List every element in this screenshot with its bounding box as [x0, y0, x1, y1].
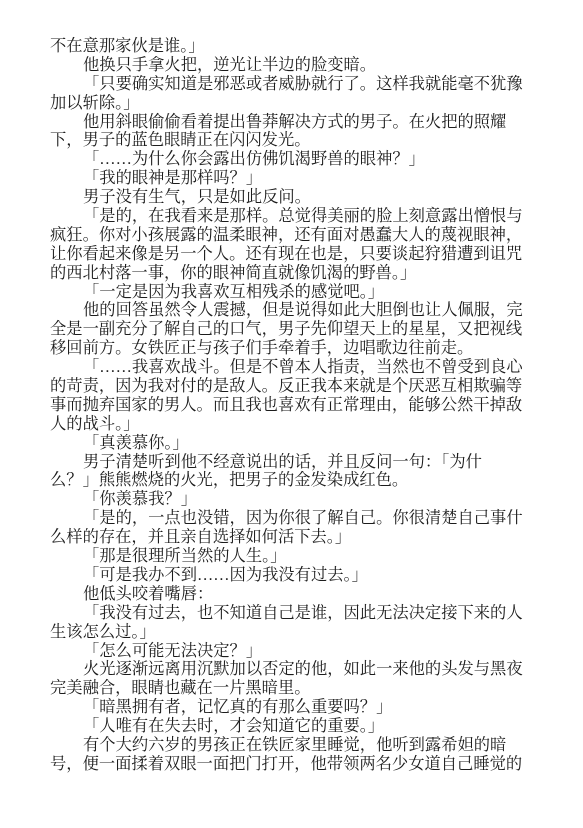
text-line: 号，便一面揉着双眼一面把门打开，他带领两名少女道自己睡觉的	[50, 755, 530, 774]
text-line: 下，男子的蓝色眼睛正在闪闪发光。	[50, 131, 530, 150]
text-line: 不在意那家伙是谁。」	[50, 37, 530, 56]
novel-text-body: 不在意那家伙是谁。」他换只手拿火把，逆光让半边的脸变暗。「只要确实知道是邪恶或者…	[50, 37, 530, 774]
text-line: 他低头咬着嘴唇：	[50, 585, 530, 604]
text-line: 「那是很理所当然的人生。」	[50, 547, 530, 566]
text-line: 事而抛弃国家的男人。而且我也喜欢有正常理由，能够公然干掉敌	[50, 396, 530, 415]
text-line: 疯狂。你对小孩展露的温柔眼神，还有面对愚蠢大人的蔑视眼神，	[50, 226, 530, 245]
text-line: 男子没有生气，只是如此反问。	[50, 188, 530, 207]
text-line: 有个大约六岁的男孩正在铁匠家里睡觉，他听到露希妲的暗	[50, 736, 530, 755]
text-line: 「……为什么你会露出仿佛饥渴野兽的眼神？」	[50, 150, 530, 169]
text-line: 「……我喜欢战斗。但是不曾本人指责，当然也不曾受到良心	[50, 358, 530, 377]
text-line: 生该怎么过。」	[50, 623, 530, 642]
text-line: 「只要确实知道是邪恶或者威胁就行了。这样我就能毫不犹豫	[50, 75, 530, 94]
text-line: 「可是我办不到……因为我没有过去。」	[50, 566, 530, 585]
text-line: 男子清楚听到他不经意说出的话，并且反问一句：「为什	[50, 453, 530, 472]
document-page: 不在意那家伙是谁。」他换只手拿火把，逆光让半边的脸变暗。「只要确实知道是邪恶或者…	[0, 0, 583, 828]
text-line: 「我没有过去，也不知道自己是谁，因此无法决定接下来的人	[50, 604, 530, 623]
text-line: 么样的存在，并且亲自选择如何活下去。」	[50, 528, 530, 547]
text-line: 的苛责，因为我对付的是敌人。反正我本来就是个厌恶互相欺骗等	[50, 377, 530, 396]
text-line: 火光逐渐远离用沉默加以否定的他，如此一来他的头发与黑夜	[50, 660, 530, 679]
text-line: 移回前方。女铁匠正与孩子们手牵着手，边唱歌边往前走。	[50, 339, 530, 358]
text-line: 的西北村落一事，你的眼神简直就像饥渴的野兽。」	[50, 264, 530, 283]
text-line: 他的回答虽然令人震撼，但是说得如此大胆倒也让人佩服，完	[50, 301, 530, 320]
text-line: 「真羡慕你。」	[50, 434, 530, 453]
text-line: 「一定是因为我喜欢互相残杀的感觉吧。」	[50, 283, 530, 302]
text-line: 让你看起来像是另一个人。还有现在也是，只要谈起狩猎遭到诅咒	[50, 245, 530, 264]
text-line: 么？」熊熊燃烧的火光，把男子的金发染成红色。	[50, 471, 530, 490]
text-line: 「怎么可能无法决定？」	[50, 642, 530, 661]
text-line: 「是的，在我看来是那样。总觉得美丽的脸上刻意露出憎恨与	[50, 207, 530, 226]
text-line: 「我的眼神是那样吗？」	[50, 169, 530, 188]
text-line: 「暗黑拥有者，记忆真的有那么重要吗？」	[50, 698, 530, 717]
text-line: 加以斩除。」	[50, 94, 530, 113]
text-line: 「你羡慕我？」	[50, 490, 530, 509]
text-line: 他换只手拿火把，逆光让半边的脸变暗。	[50, 56, 530, 75]
text-line: 「是的，一点也没错，因为你很了解自己。你很清楚自己事什	[50, 509, 530, 528]
text-line: 他用斜眼偷偷看着提出鲁莽解决方式的男子。在火把的照耀	[50, 113, 530, 132]
text-line: 「人唯有在失去时，才会知道它的重要。」	[50, 717, 530, 736]
text-line: 人的战斗。」	[50, 415, 530, 434]
text-line: 完美融合，眼睛也藏在一片黑暗里。	[50, 679, 530, 698]
text-line: 全是一副充分了解自己的口气，男子先仰望天上的星星，又把视线	[50, 320, 530, 339]
